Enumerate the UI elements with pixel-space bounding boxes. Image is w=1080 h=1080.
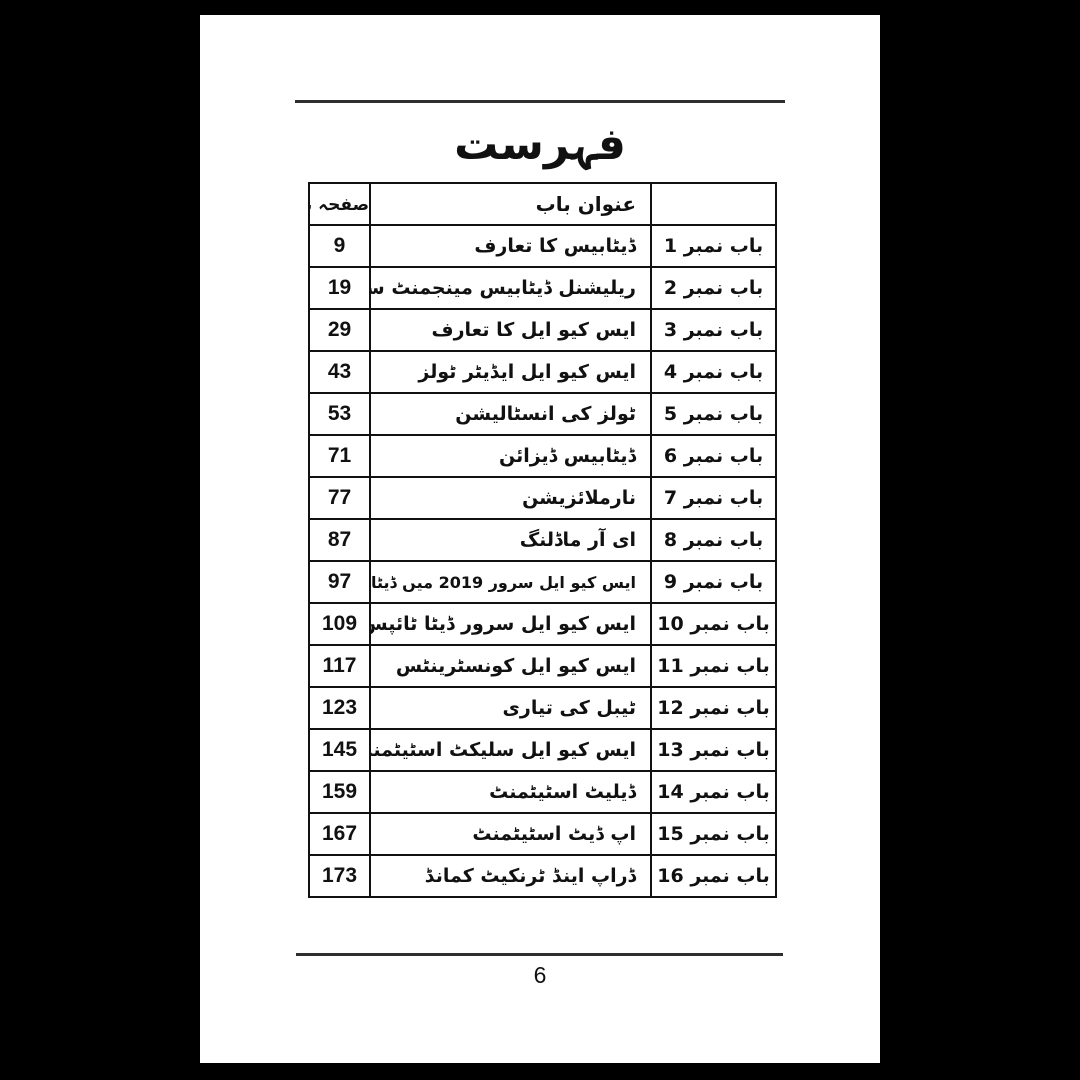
page-background: فہرست صفحہ نمبر عنوان باب 9 ڈیٹابیس کا ت… (0, 0, 1080, 1080)
table-row: 29 ایس کیو ایل کا تعارف باب نمبر 3 (309, 309, 776, 351)
column-header-chapter-title: عنوان باب (370, 183, 651, 225)
chapter-number-cell: باب نمبر 5 (651, 393, 776, 435)
page-number-cell: 123 (309, 687, 370, 729)
chapter-number-cell: باب نمبر 9 (651, 561, 776, 603)
table-row: 145 ایس کیو ایل سلیکٹ اسٹیٹمنٹ باب نمبر … (309, 729, 776, 771)
page-number-cell: 97 (309, 561, 370, 603)
page-number-cell: 173 (309, 855, 370, 897)
table-row: 109 ایس کیو ایل سرور ڈیٹا ٹائپس باب نمبر… (309, 603, 776, 645)
chapter-number-cell: باب نمبر 15 (651, 813, 776, 855)
table-row: 123 ٹیبل کی تیاری باب نمبر 12 (309, 687, 776, 729)
chapter-number-cell: باب نمبر 4 (651, 351, 776, 393)
chapter-number-cell: باب نمبر 11 (651, 645, 776, 687)
page-number-cell: 117 (309, 645, 370, 687)
chapter-title-cell: ای آر ماڈلنگ (370, 519, 651, 561)
chapter-title-cell: ایس کیو ایل سرور 2019 میں ڈیٹابیس تیار ک… (370, 561, 651, 603)
table-row: 87 ای آر ماڈلنگ باب نمبر 8 (309, 519, 776, 561)
chapter-number-cell: باب نمبر 1 (651, 225, 776, 267)
chapter-number-cell: باب نمبر 13 (651, 729, 776, 771)
chapter-title-cell: ڈراپ اینڈ ٹرنکیٹ کمانڈ (370, 855, 651, 897)
chapter-number-cell: باب نمبر 10 (651, 603, 776, 645)
page-number-cell: 71 (309, 435, 370, 477)
page-number-cell: 77 (309, 477, 370, 519)
table-row: 53 ٹولز کی انسٹالیشن باب نمبر 5 (309, 393, 776, 435)
chapter-title-cell: ٹولز کی انسٹالیشن (370, 393, 651, 435)
table-row: 117 ایس کیو ایل کونسٹرینٹس باب نمبر 11 (309, 645, 776, 687)
chapter-title-cell: ایس کیو ایل کونسٹرینٹس (370, 645, 651, 687)
chapter-title-cell: ٹیبل کی تیاری (370, 687, 651, 729)
footer-page-number: 6 (200, 962, 880, 989)
chapter-title-cell: ڈیٹابیس کا تعارف (370, 225, 651, 267)
page-number-cell: 9 (309, 225, 370, 267)
page-number-cell: 87 (309, 519, 370, 561)
table-row: 19 ریلیشنل ڈیٹابیس مینجمنٹ سسٹم باب نمبر… (309, 267, 776, 309)
table-row: 159 ڈیلیٹ اسٹیٹمنٹ باب نمبر 14 (309, 771, 776, 813)
chapter-title-cell: ایس کیو ایل سرور ڈیٹا ٹائپس (370, 603, 651, 645)
chapter-title-cell: ایس کیو ایل سلیکٹ اسٹیٹمنٹ (370, 729, 651, 771)
chapter-number-cell: باب نمبر 12 (651, 687, 776, 729)
page-number-cell: 159 (309, 771, 370, 813)
chapter-title-cell: ایس کیو ایل کا تعارف (370, 309, 651, 351)
page-number-cell: 167 (309, 813, 370, 855)
column-header-page-number: صفحہ نمبر (309, 183, 370, 225)
header-rule (295, 100, 785, 103)
page-number-cell: 29 (309, 309, 370, 351)
book-page: فہرست صفحہ نمبر عنوان باب 9 ڈیٹابیس کا ت… (200, 15, 880, 1063)
page-number-cell: 19 (309, 267, 370, 309)
table-header-row: صفحہ نمبر عنوان باب (309, 183, 776, 225)
chapter-number-cell: باب نمبر 6 (651, 435, 776, 477)
table-row: 173 ڈراپ اینڈ ٹرنکیٹ کمانڈ باب نمبر 16 (309, 855, 776, 897)
page-number-cell: 53 (309, 393, 370, 435)
table-row: 71 ڈیٹابیس ڈیزائن باب نمبر 6 (309, 435, 776, 477)
page-number-cell: 109 (309, 603, 370, 645)
toc-table: صفحہ نمبر عنوان باب 9 ڈیٹابیس کا تعارف ب… (308, 182, 777, 898)
table-row: 9 ڈیٹابیس کا تعارف باب نمبر 1 (309, 225, 776, 267)
footer-rule (296, 953, 783, 956)
chapter-title-cell: ریلیشنل ڈیٹابیس مینجمنٹ سسٹم (370, 267, 651, 309)
chapter-number-cell: باب نمبر 7 (651, 477, 776, 519)
chapter-number-cell: باب نمبر 14 (651, 771, 776, 813)
page-number-cell: 43 (309, 351, 370, 393)
column-header-chapter-number (651, 183, 776, 225)
chapter-title-cell: ڈیٹابیس ڈیزائن (370, 435, 651, 477)
chapter-number-cell: باب نمبر 16 (651, 855, 776, 897)
table-row: 97 ایس کیو ایل سرور 2019 میں ڈیٹابیس تیا… (309, 561, 776, 603)
chapter-title-cell: ڈیلیٹ اسٹیٹمنٹ (370, 771, 651, 813)
table-row: 167 اپ ڈیٹ اسٹیٹمنٹ باب نمبر 15 (309, 813, 776, 855)
chapter-title-cell: اپ ڈیٹ اسٹیٹمنٹ (370, 813, 651, 855)
chapter-number-cell: باب نمبر 2 (651, 267, 776, 309)
contents-title: فہرست (200, 119, 880, 170)
chapter-title-cell: ایس کیو ایل ایڈیٹر ٹولز (370, 351, 651, 393)
page-number-cell: 145 (309, 729, 370, 771)
chapter-title-cell: نارملائزیشن (370, 477, 651, 519)
table-row: 43 ایس کیو ایل ایڈیٹر ٹولز باب نمبر 4 (309, 351, 776, 393)
chapter-number-cell: باب نمبر 3 (651, 309, 776, 351)
table-row: 77 نارملائزیشن باب نمبر 7 (309, 477, 776, 519)
chapter-number-cell: باب نمبر 8 (651, 519, 776, 561)
